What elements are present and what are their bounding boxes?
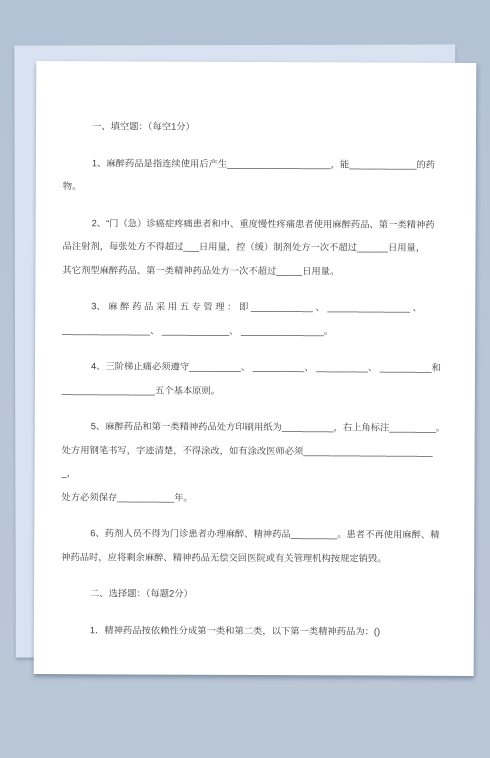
page-background: 一、填空题：（每空1分） 1、麻醉药品是指连续使用后产生____________… — [0, 0, 490, 758]
document-page: 一、填空题：（每空1分） 1、麻醉药品是指连续使用后产生____________… — [34, 61, 477, 676]
section-fill-blank-heading: 一、填空题：（每空1分） — [63, 115, 448, 140]
fill-blank-question-3: 3、 麻 醉 药 品 采 用 五 专 管 理 ： 即 ____________ … — [62, 295, 447, 344]
fill-blank-question-5: 5、麻醉药品和第一类精神药品处方印刷用纸为__________，右上角标注___… — [61, 415, 446, 511]
section-multiple-choice-heading: 二、选择题：（每题2分） — [61, 582, 446, 607]
fill-blank-question-2: 2、“门（急）诊癌症疼痛患者和中、重度慢性疼痛患者使用麻醉药品、第一类精神药 品… — [62, 212, 447, 284]
fill-blank-question-1: 1、麻醉药品是指连续使用后产生____________________，能___… — [63, 152, 448, 201]
fill-blank-question-6: 6、药剂人员不得为门诊患者办理麻醉、精神药品_________。患者不再使用麻醉… — [61, 522, 446, 571]
multiple-choice-question-1: 1．精神药品按依赖性分成第一类和第二类，以下第一类精神药品为：() — [61, 619, 446, 644]
fill-blank-question-4: 4、三阶梯止痛必须遵守__________、 __________、 _____… — [62, 355, 447, 404]
